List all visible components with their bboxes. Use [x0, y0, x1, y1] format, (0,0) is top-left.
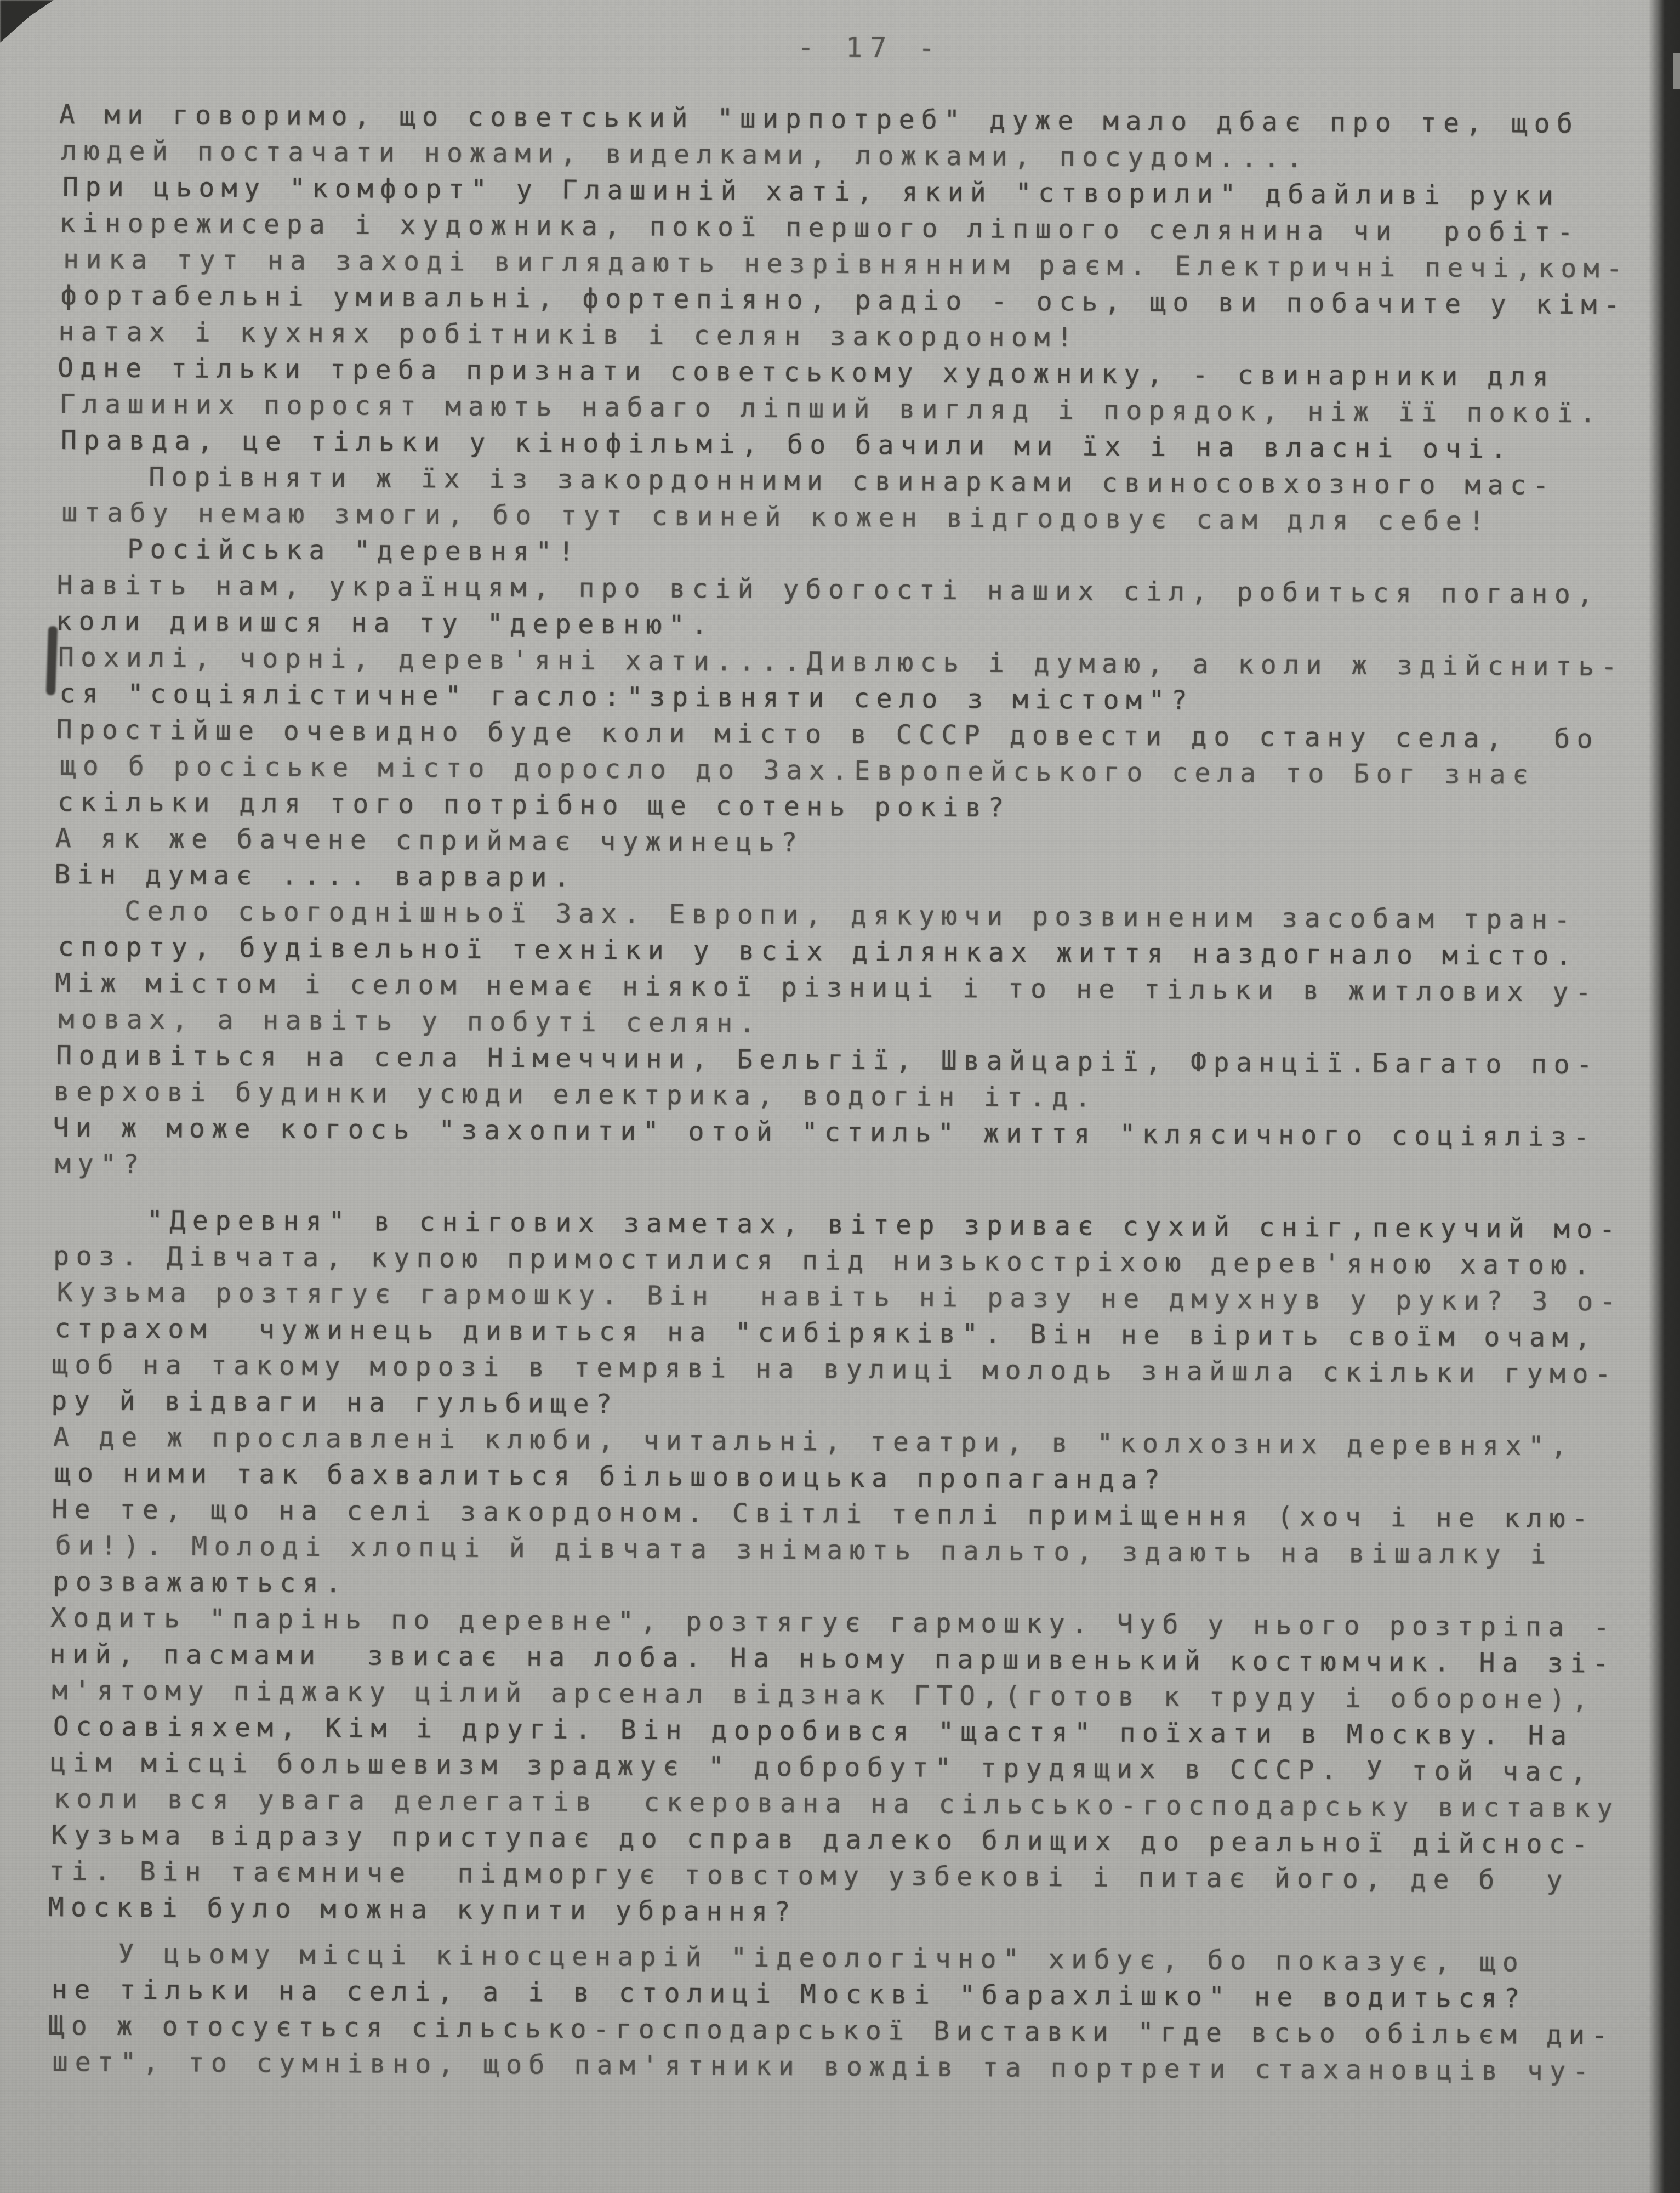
text-lines: А ми говоримо, що советський "ширпотреб"… [47, 96, 1630, 2089]
page-number: - 17 - [798, 31, 943, 64]
typewritten-text-block: А ми говоримо, що советський "ширпотреб"… [47, 96, 1630, 2089]
scan-gutter-shadow [1648, 0, 1680, 2193]
document-page: - 17 - А ми говоримо, що советський "шир… [0, 0, 1680, 2193]
scan-gutter-notch [1673, 53, 1680, 89]
scan-corner-artifact [0, 0, 54, 43]
